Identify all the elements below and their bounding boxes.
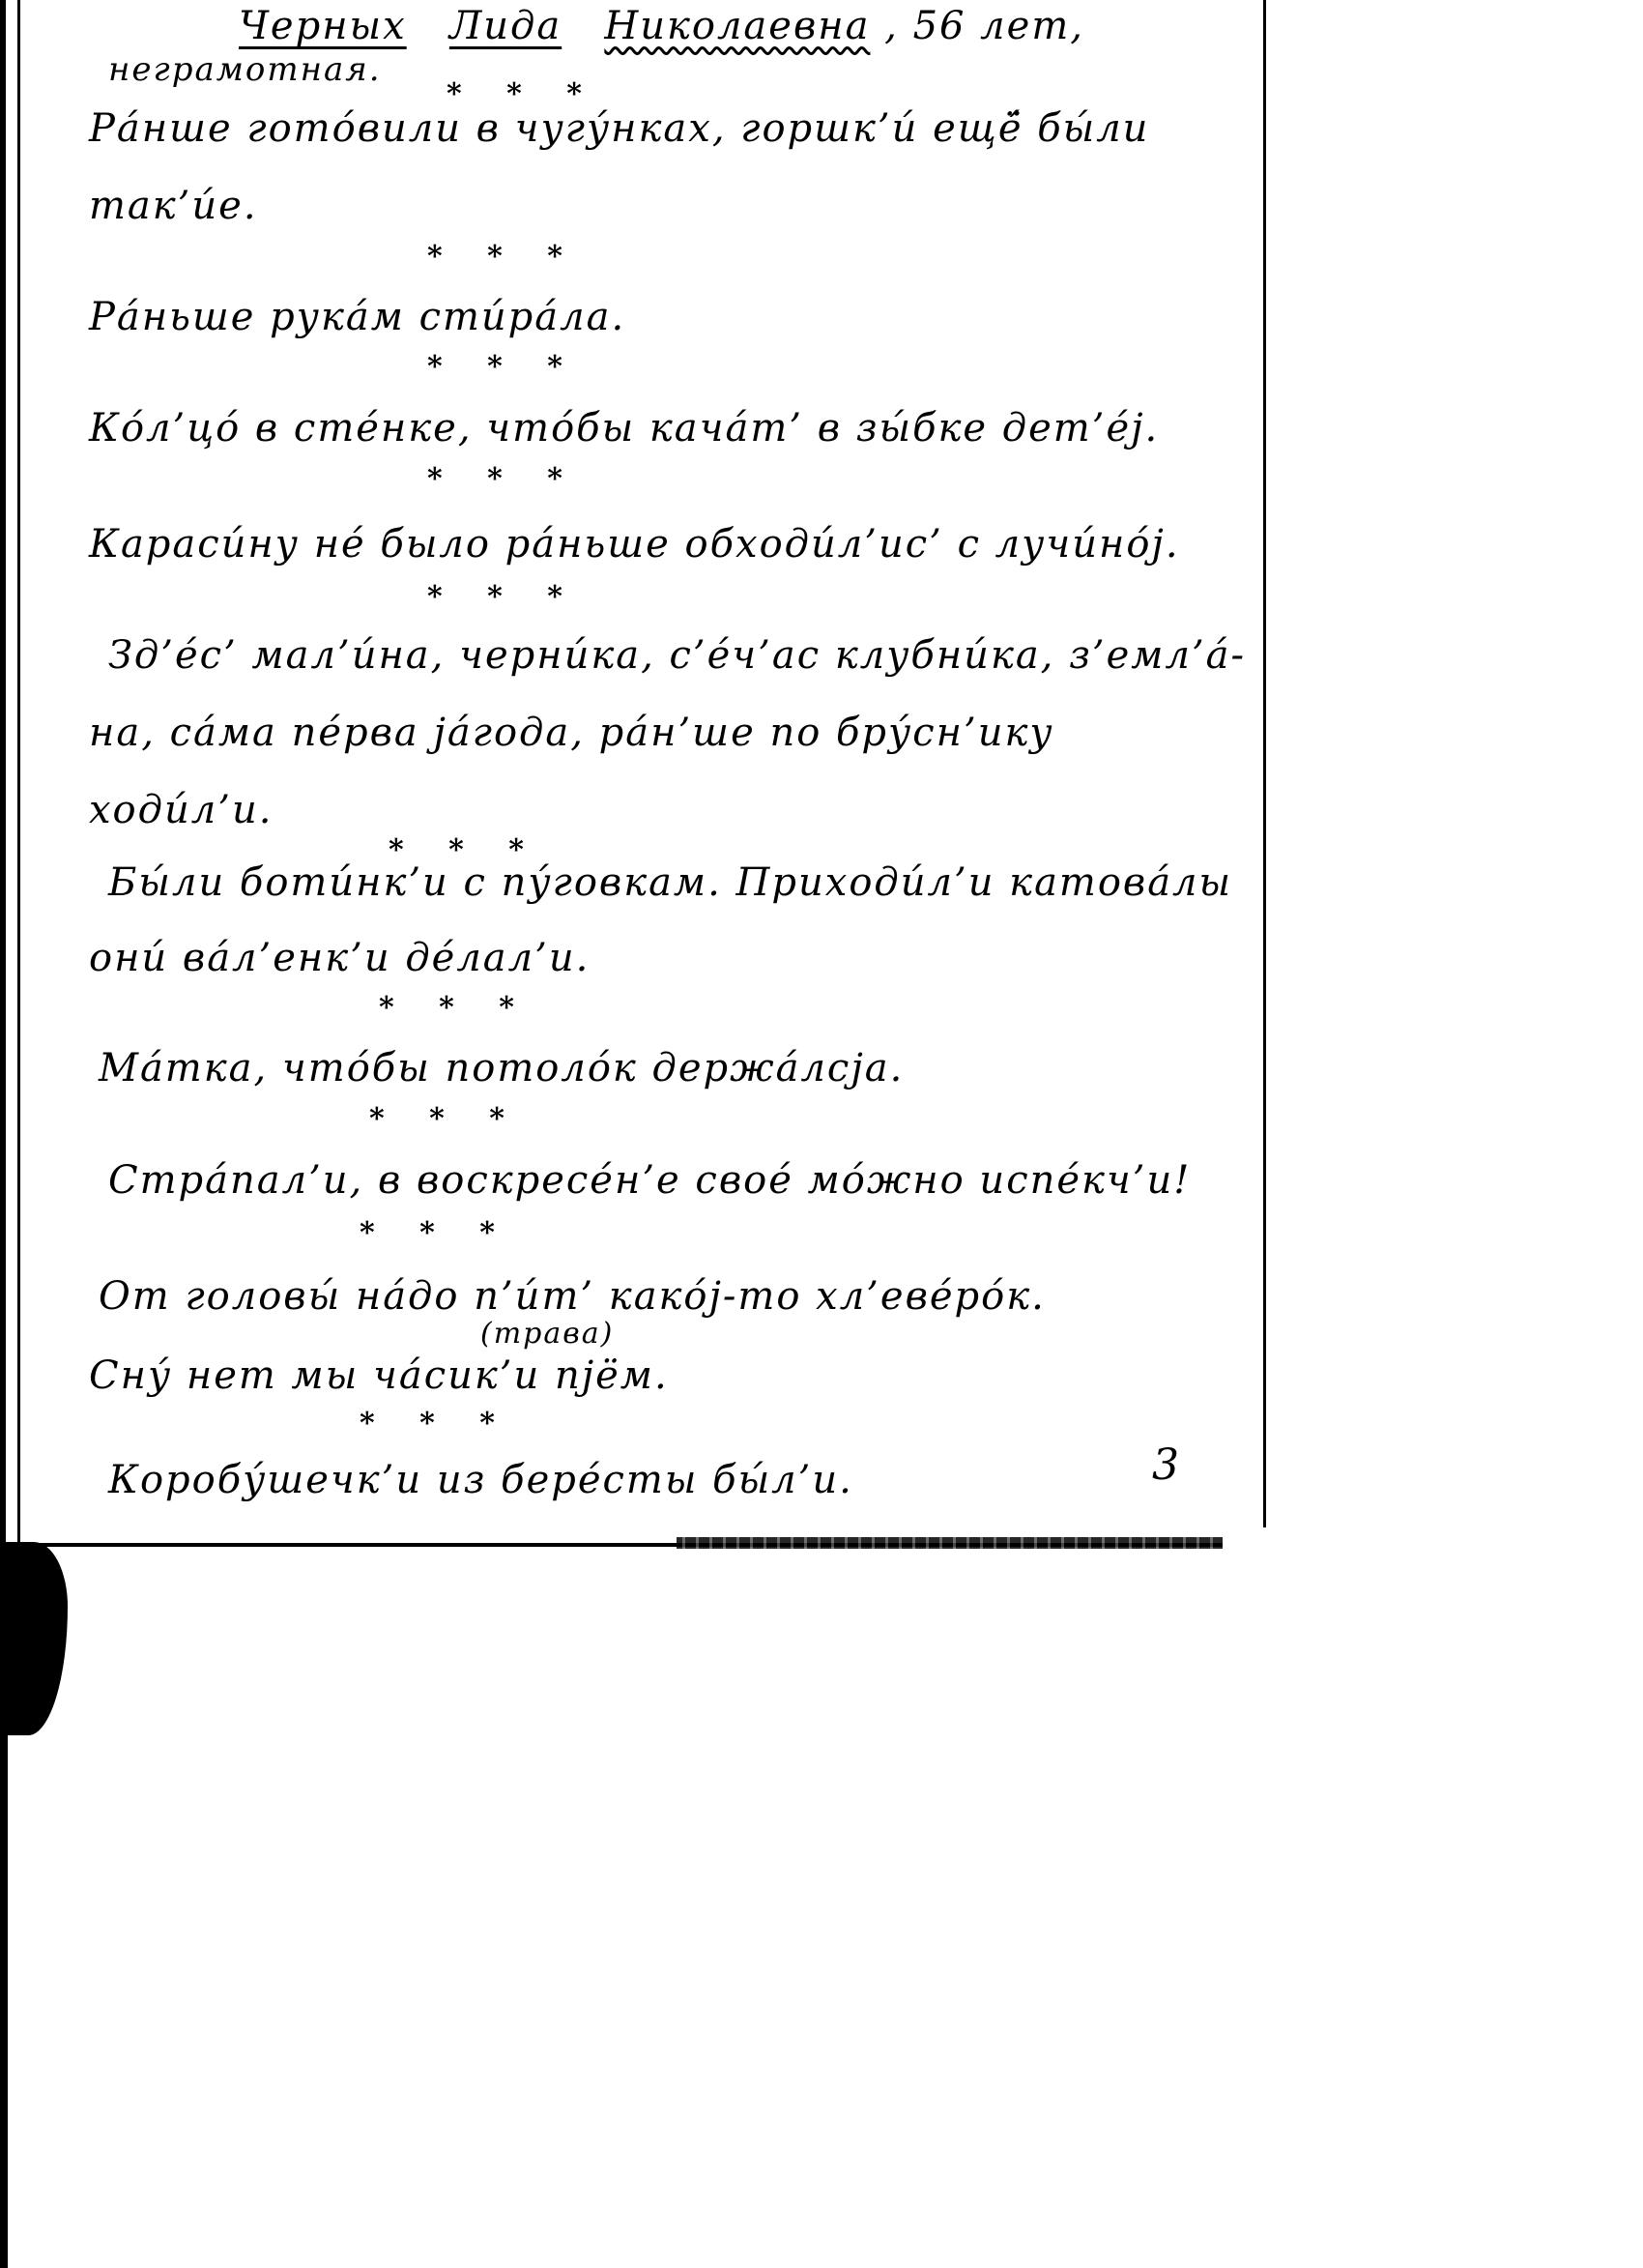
entry-line: Бы́ли боти́нк’и с пу́говкам. Приходи́л’и…: [108, 860, 1232, 905]
informant-patronymic: Николаевна: [604, 4, 870, 48]
entry-line: Ма́тка, что́бы потоло́к держа́лсjа.: [99, 1046, 904, 1090]
scan-left-edge: [0, 0, 6, 1556]
entry-line: на, са́ма пе́рва jа́года, ра́н’ше по бру…: [89, 711, 1054, 755]
entry-line: Стра́пал’и, в воскресе́н’е свое́ мо́жно …: [108, 1158, 1191, 1203]
entry-line: От головы́ на́до п’и́т’ како́j-то хл’еве…: [99, 1274, 1046, 1319]
separator: * * *: [379, 991, 532, 1025]
entry-line: Караси́ну не́ было ра́ньше обходи́л’ис’ …: [89, 522, 1180, 567]
entry-line: ходи́л’и.: [89, 788, 273, 832]
separator: * * *: [427, 462, 580, 496]
annotation-grass: (трава): [480, 1317, 614, 1351]
separator: * * *: [360, 1216, 512, 1250]
scan-shadow-blob: [0, 1542, 68, 1735]
informant-header: Черных Лида Николаевна , 56 лет,: [239, 4, 1084, 48]
separator: * * *: [427, 240, 580, 274]
literacy-note: неграмотная.: [108, 50, 382, 89]
scan-left-strip: [0, 1643, 8, 2268]
entry-line: Зд’е́с’ мал’и́на, черни́ка, с’е́ч’ас клу…: [108, 633, 1246, 678]
entry-line: они́ ва́л’енк’и де́лал’и.: [89, 936, 590, 980]
page-right-border: [1263, 0, 1266, 1527]
entry-line: Коробу́шечк’и из бере́сты бы́л’и.: [108, 1458, 853, 1502]
entry-line: Сну́ нет мы ча́сик’и пjём.: [89, 1353, 669, 1398]
entry-line: Ра́нше гото́вили в чугу́нках, горшк’и́ е…: [89, 106, 1149, 151]
page-number: 3: [1152, 1440, 1179, 1490]
entry-line: Ко́л’цо́ в сте́нке, что́бы кача́т’ в зы́…: [89, 406, 1159, 451]
informant-age: , 56 лет,: [884, 4, 1084, 48]
informant-name: Лида: [449, 4, 562, 48]
page-left-border: [17, 0, 20, 1545]
entry-line: Ра́ньше рука́м сти́ра́ла.: [89, 295, 625, 339]
separator: * * *: [360, 1407, 512, 1440]
separator: * * *: [369, 1102, 522, 1136]
entry-line: так’и́е.: [89, 184, 258, 228]
handwritten-page: Черных Лида Николаевна , 56 лет, неграмо…: [21, 0, 1263, 1543]
separator: * * *: [427, 350, 580, 384]
informant-surname: Черных: [239, 4, 407, 48]
separator: * * *: [427, 580, 580, 614]
